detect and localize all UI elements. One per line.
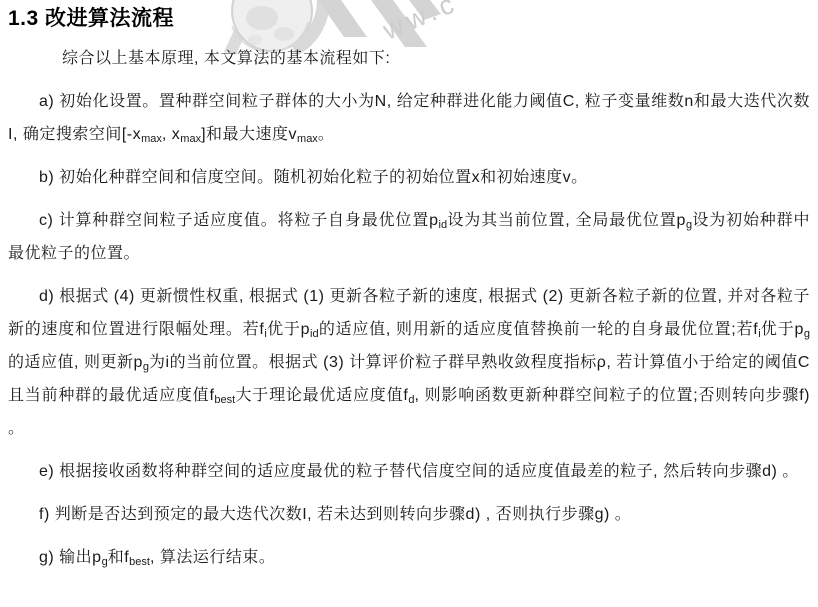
paragraph-step-b: b) 初始化种群空间和信度空间。随机初始化粒子的初始位置x和初始速度v。 xyxy=(8,161,810,194)
document-page: ww.c 1.3 改进算法流程 综合以上基本原理, 本文算法的基本流程如下:a)… xyxy=(0,0,818,607)
paragraph-step-d: d) 根据式 (4) 更新惯性权重, 根据式 (1) 更新各粒子新的速度, 根据… xyxy=(8,280,810,445)
paragraph-step-e: e) 根据接收函数将种群空间的适应度最优的粒子替代信度空间的适应度值最差的粒子,… xyxy=(8,455,810,488)
paragraph-step-f: f) 判断是否达到预定的最大迭代次数I, 若未达到则转向步骤d) , 否则执行步… xyxy=(8,498,810,531)
subscript: max xyxy=(180,133,201,145)
subscript: g xyxy=(102,556,108,568)
subscript: id xyxy=(310,328,319,340)
subscript: g xyxy=(804,328,810,340)
subscript: d xyxy=(408,394,414,406)
section-heading: 1.3 改进算法流程 xyxy=(0,0,818,32)
paragraph-step-g: g) 输出pg和fbest, 算法运行结束。 xyxy=(8,541,810,574)
document-body: 1.3 改进算法流程 综合以上基本原理, 本文算法的基本流程如下:a) 初始化设… xyxy=(0,0,818,574)
subscript: best xyxy=(129,556,150,568)
paragraph-step-a: a) 初始化设置。置种群空间粒子群体的大小为N, 给定种群进化能力阈值C, 粒子… xyxy=(8,85,810,151)
subscript: id xyxy=(439,219,448,231)
subscript: i xyxy=(264,328,266,340)
content: 综合以上基本原理, 本文算法的基本流程如下:a) 初始化设置。置种群空间粒子群体… xyxy=(8,42,810,574)
paragraph-intro: 综合以上基本原理, 本文算法的基本流程如下: xyxy=(8,42,810,75)
subscript: g xyxy=(143,361,149,373)
subscript: max xyxy=(141,133,162,145)
subscript: max xyxy=(297,133,318,145)
subscript: g xyxy=(686,219,692,231)
subscript: i xyxy=(758,328,760,340)
paragraph-step-c: c) 计算种群空间粒子适应度值。将粒子自身最优位置pid设为其当前位置, 全局最… xyxy=(8,204,810,270)
subscript: best xyxy=(214,394,235,406)
